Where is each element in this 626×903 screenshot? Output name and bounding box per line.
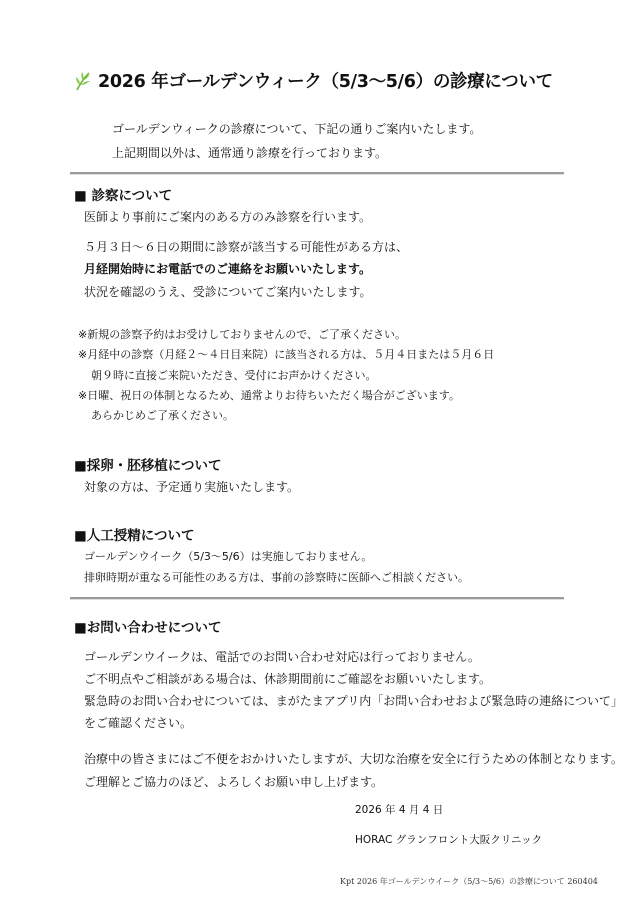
egg-retrieval-line: 対象の方は、予定通り実施いたします。 — [84, 478, 299, 495]
divider — [70, 597, 564, 600]
consultation-note: ※日曜、祝日の体制となるため、通常よりお待ちいただく場合がございます。 — [78, 387, 460, 403]
intro-line: ゴールデンウィークの診療について、下記の通りご案内いたします。 — [112, 120, 481, 137]
divider — [70, 172, 564, 175]
document-footer: Kpt 2026 年ゴールデンウイーク（5/3〜5/6）の診療について 2604… — [340, 876, 598, 887]
intro-line: 上記期間以外は、通常通り診療を行っております。 — [112, 144, 387, 161]
title-text: 2026 年ゴールデンウィーク（5/3〜5/6）の診療について — [98, 68, 553, 93]
consultation-note: あらかじめご了承ください。 — [91, 407, 234, 423]
insemination-line: 排卵時期が重なる可能性のある方は、事前の診察時に医師へご相談ください。 — [84, 569, 469, 585]
inquiries-line: をご確認ください。 — [84, 714, 192, 731]
consultation-line: 状況を確認のうえ、受診についてご案内いたします。 — [84, 283, 372, 300]
closing-line: 治療中の皆さまにはご不便をおかけいたしますが、大切な治療を安全に行うための体制と… — [84, 750, 623, 767]
section-heading-consultation: ■ 診察について — [74, 184, 172, 204]
page-title: 2026 年ゴールデンウィーク（5/3〜5/6）の診療について — [74, 68, 553, 93]
leaf-icon — [74, 71, 92, 91]
consultation-note: 朝９時に直接ご来院いただき、受付にお声かけください。 — [91, 367, 377, 383]
consultation-note: ※新規の診察予約はお受けしておりませんので、ご了承ください。 — [78, 326, 406, 342]
inquiries-line: 緊急時のお問い合わせについては、まがたまアプリ内「お問い合わせおよび緊急時の連絡… — [84, 692, 623, 709]
section-heading-egg-retrieval: ■採卵・胚移植について — [74, 454, 222, 474]
closing-line: ご理解とご協力のほど、よろしくお願い申し上げます。 — [84, 773, 383, 790]
inquiries-line: ゴールデンウイークは、電話でのお問い合わせ対応は行っておりません。 — [84, 648, 480, 665]
section-heading-insemination: ■人工授精について — [74, 524, 195, 544]
signature-date: 2026 年 4 月 4 日 — [355, 802, 443, 817]
consultation-note: ※月経中の診察（月経２〜４日目来院）に該当される方は、５月４日または５月６日 — [78, 346, 494, 362]
inquiries-line: ご不明点やご相談がある場合は、休診期間前にご確認をお願いいたします。 — [84, 670, 491, 687]
section-heading-inquiries: ■お問い合わせについて — [74, 616, 222, 636]
consultation-line: 医師より事前にご案内のある方のみ診察を行います。 — [84, 208, 371, 225]
signature-clinic: HORAC グランフロント大阪クリニック — [355, 832, 542, 847]
insemination-line: ゴールデンウイーク（5/3〜5/6）は実施しておりません。 — [84, 548, 372, 564]
consultation-line-emphasis: 月経開始時にお電話でのご連絡をお願いいたします。 — [84, 260, 371, 277]
consultation-line: ５月３日〜６日の期間に診察が該当する可能性がある方は、 — [84, 238, 408, 255]
